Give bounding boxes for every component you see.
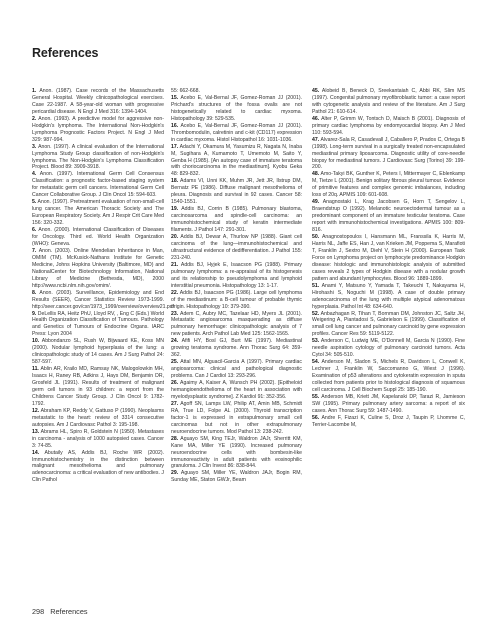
reference-number: 3. bbox=[32, 144, 36, 150]
reference-number: 17. bbox=[171, 144, 178, 150]
reference-entry: 7. Anon. (2003). Online Mendelian Inheri… bbox=[32, 248, 164, 290]
reference-text: Anderson MB, Kriett JM, Kapelanski DP, T… bbox=[312, 394, 465, 414]
reference-text: Anbazhagan R, Tihan T, Bornman DM, Johns… bbox=[312, 311, 465, 338]
reference-number: 16. bbox=[171, 123, 178, 129]
reference-text: Agoff SN, Lamps LW, Philip AT, Amin MB, … bbox=[171, 401, 302, 435]
reference-text: Aguayo SM, Miller YE, Waldron JAJr, Bogi… bbox=[171, 470, 302, 483]
reference-text: DeLellis RA, Heitz PhU, Lloyd RV, , Eng … bbox=[32, 311, 164, 338]
reference-text: Anami Y, Matsuno Y, Yamada T, Takeuchi T… bbox=[312, 283, 465, 310]
reference-text: Anon. (2000). International Classificati… bbox=[32, 227, 164, 247]
reference-text: Adams VI, Unni KK, Muhm JR, Jett JR, Ils… bbox=[171, 178, 302, 205]
reference-number: 55. bbox=[312, 394, 319, 400]
reference-number: 10. bbox=[32, 338, 39, 344]
reference-text: Anon. (2003). Online Mendelian Inheritan… bbox=[32, 248, 164, 289]
reference-text: Agaimy A, Kaiser A, Wunsch PH (2002). [E… bbox=[171, 380, 302, 400]
reference-entry: 10. Abbondanzo SL, Rush W, Bijwaard KE, … bbox=[32, 338, 164, 366]
reference-text: Acebo E, Val-Bernal JF, Gomez-Roman JJ (… bbox=[171, 123, 302, 143]
reference-text: Afifi HY, Bosl GJ, Burt ME (1997). Media… bbox=[171, 338, 302, 358]
reference-text: Anderson M, Sladon S, Michels R, Davidso… bbox=[312, 359, 465, 393]
reference-text: 55: 662-668. bbox=[171, 88, 200, 94]
reference-entry: 9. DeLellis RA, Heitz PhU, Lloyd RV, , E… bbox=[32, 311, 164, 339]
reference-entry: 45. Alobeid B, Beneck D, Sreekantaiah C,… bbox=[312, 88, 465, 116]
reference-number: 52. bbox=[312, 311, 319, 317]
reference-text: Adachi Y, Okamura M, Yasumizu R, Nagata … bbox=[171, 144, 302, 178]
reference-text: Adem C, Aubry MC, Tazelaar HD, Myers JL … bbox=[171, 311, 302, 338]
reference-number: 46. bbox=[312, 116, 319, 122]
reference-number: 12. bbox=[32, 408, 39, 414]
reference-entry: 55: 662-668. bbox=[171, 88, 302, 95]
reference-number: 53. bbox=[312, 338, 319, 344]
reference-entry: 13. Abrams HL, Spiro R, Goldstein N (195… bbox=[32, 429, 164, 450]
reference-number: 22. bbox=[171, 290, 178, 296]
reference-text: Anon. (2003). Surveillance, Epidemiology… bbox=[32, 290, 174, 310]
reference-number: 49. bbox=[312, 199, 319, 205]
reference-entry: 23. Adem C, Aubry MC, Tazelaar HD, Myers… bbox=[171, 311, 302, 339]
reference-entry: 50. Anagnostopoulos I, Hansmann ML, Fran… bbox=[312, 234, 465, 283]
reference-entry: 19. Addis BJ, Corrin B (1985). Pulmonary… bbox=[171, 206, 302, 234]
reference-text: Abbondanzo SL, Rush W, Bijwaard KE, Koss… bbox=[32, 338, 164, 365]
reference-entry: 20. Addis BJ, Dewar A, Thurlow NP (1988)… bbox=[171, 234, 302, 262]
reference-entry: 22. Addis BJ, Isaacson PG (1986). Large … bbox=[171, 290, 302, 311]
reference-entry: 2. Anon. (1993). A predictive model for … bbox=[32, 116, 164, 144]
reference-text: Alobeid B, Beneck D, Sreekantaiah C, Abb… bbox=[312, 88, 465, 115]
reference-entry: 56. Andre F, Fizazi K, Culine S, Droz J,… bbox=[312, 415, 465, 429]
reference-entry: 21. Addis BJ, Hyjek E, Isaacson PG (1988… bbox=[171, 262, 302, 290]
reference-number: 5. bbox=[32, 199, 36, 205]
reference-text: Anderson C, Ludwig ME, O'Donnell M, Garc… bbox=[312, 338, 465, 358]
reference-number: 20. bbox=[171, 234, 178, 240]
reference-text: Addis BJ, Dewar A, Thurlow NP (1988). Gi… bbox=[171, 234, 302, 261]
reference-entry: 46. Alter P, Grimm W, Tontsch D, Maisch … bbox=[312, 116, 465, 137]
reference-number: 26. bbox=[171, 380, 178, 386]
reference-text: Anon. (1997). A clinical evaluation of t… bbox=[32, 144, 164, 171]
reference-number: 2. bbox=[32, 116, 36, 122]
reference-entry: 26. Agaimy A, Kaiser A, Wunsch PH (2002)… bbox=[171, 380, 302, 401]
reference-text: Alter P, Grimm W, Tontsch D, Maisch B (2… bbox=[312, 116, 465, 136]
reference-entry: 25. Attal MN, Alguacil-Garcia A (1997). … bbox=[171, 359, 302, 380]
reference-number: 54. bbox=[312, 359, 319, 365]
reference-entry: 55. Anderson MB, Kriett JM, Kapelanski D… bbox=[312, 394, 465, 415]
reference-number: 11. bbox=[32, 366, 39, 372]
reference-entry: 24. Afifi HY, Bosl GJ, Burt ME (1997). M… bbox=[171, 338, 302, 359]
reference-number: 23. bbox=[171, 311, 178, 317]
reference-entry: 18. Adams VI, Unni KK, Muhm JR, Jett JR,… bbox=[171, 178, 302, 206]
reference-text: Abutaily AS, Addis BJ, Roche WR (2002). … bbox=[32, 450, 164, 484]
reference-column-middle: 55: 662-668.15. Acebo E, Val-Bernal JF, … bbox=[171, 88, 302, 484]
reference-text: Anon. (1997). International Germ Cell Co… bbox=[32, 171, 164, 198]
footer-section-title: References bbox=[50, 607, 87, 616]
reference-text: Aguayo SM, King TEJr, Waldron JAJr, Sher… bbox=[171, 436, 302, 470]
reference-text: Alvarez-Sala R, Casadevall J, Caballero … bbox=[312, 137, 465, 171]
reference-entry: 27. Agoff SN, Lamps LW, Philip AT, Amin … bbox=[171, 401, 302, 436]
reference-entry: 8. Anon. (2003). Surveillance, Epidemiol… bbox=[32, 290, 164, 311]
page-footer: 298 References bbox=[32, 607, 88, 616]
reference-text: Andre F, Fizazi K, Culine S, Droz J, Tau… bbox=[312, 415, 465, 428]
reference-number: 24. bbox=[171, 338, 178, 344]
reference-number: 18. bbox=[171, 178, 178, 184]
reference-text: Amo-Takyi BK, Gunther K, Peters I, Mitte… bbox=[312, 171, 465, 198]
reference-text: Anon. (1993). A predictive model for agg… bbox=[32, 116, 164, 143]
reference-number: 7. bbox=[32, 248, 36, 254]
reference-number: 4. bbox=[32, 171, 36, 177]
reference-text: Anon. (1987). Case records of the Massac… bbox=[32, 88, 164, 115]
reference-number: 9. bbox=[32, 311, 36, 317]
reference-number: 13. bbox=[32, 429, 39, 435]
reference-number: 28. bbox=[171, 436, 178, 442]
reference-entry: 29. Aguayo SM, Miller YE, Waldron JAJr, … bbox=[171, 470, 302, 484]
reference-number: 8. bbox=[32, 290, 36, 296]
page-number: 298 bbox=[32, 607, 44, 616]
reference-number: 25. bbox=[171, 359, 178, 365]
reference-entry: 53. Anderson C, Ludwig ME, O'Donnell M, … bbox=[312, 338, 465, 359]
reference-entry: 48. Amo-Takyi BK, Gunther K, Peters I, M… bbox=[312, 171, 465, 199]
reference-text: Anon. (1997). Pretreatment evaluation of… bbox=[32, 199, 164, 226]
reference-number: 19. bbox=[171, 206, 178, 212]
reference-text: Attal MN, Alguacil-Garcia A (1997). Prim… bbox=[171, 359, 302, 379]
reference-number: 48. bbox=[312, 171, 319, 177]
reference-text: Anagnostaki L, Krag Jacobsen G, Horn T, … bbox=[312, 199, 465, 233]
reference-number: 29. bbox=[171, 470, 178, 476]
reference-entry: 28. Aguayo SM, King TEJr, Waldron JAJr, … bbox=[171, 436, 302, 471]
reference-entry: 49. Anagnostaki L, Krag Jacobsen G, Horn… bbox=[312, 199, 465, 234]
reference-entry: 52. Anbazhagan R, Tihan T, Bornman DM, J… bbox=[312, 311, 465, 339]
reference-number: 47. bbox=[312, 137, 319, 143]
reference-entry: 4. Anon. (1997). International Germ Cell… bbox=[32, 171, 164, 199]
reference-text: Addis BJ, Hyjek E, Isaacson PG (1988). P… bbox=[171, 262, 302, 289]
reference-text: Abraham KP, Reddy V, Gattuso P (1990). N… bbox=[32, 408, 164, 428]
reference-entry: 15. Acebo E, Val-Bernal JF, Gomez-Roman … bbox=[171, 95, 302, 123]
reference-entry: 6. Anon. (2000). International Classific… bbox=[32, 227, 164, 248]
reference-text: Abrams HL, Spiro R, Goldstein N (1950). … bbox=[32, 429, 164, 449]
reference-number: 51. bbox=[312, 283, 319, 289]
reference-entry: 12. Abraham KP, Reddy V, Gattuso P (1990… bbox=[32, 408, 164, 429]
reference-column-left: 1. Anon. (1987). Case records of the Mas… bbox=[32, 88, 164, 484]
reference-number: 6. bbox=[32, 227, 36, 233]
page-title: References bbox=[32, 46, 98, 60]
reference-number: 15. bbox=[171, 95, 178, 101]
reference-text: Addis BJ, Corrin B (1985). Pulmonary bla… bbox=[171, 206, 302, 233]
reference-number: 50. bbox=[312, 234, 319, 240]
reference-entry: 51. Anami Y, Matsuno Y, Yamada T, Takeuc… bbox=[312, 283, 465, 311]
reference-entry: 3. Anon. (1997). A clinical evaluation o… bbox=[32, 144, 164, 172]
reference-number: 45. bbox=[312, 88, 319, 94]
reference-text: Acebo E, Val-Bernal JF, Gomez-Roman JJ (… bbox=[171, 95, 302, 122]
reference-number: 1. bbox=[32, 88, 36, 94]
reference-entry: 14. Abutaily AS, Addis BJ, Roche WR (200… bbox=[32, 450, 164, 485]
reference-column-right: 45. Alobeid B, Beneck D, Sreekantaiah C,… bbox=[312, 88, 465, 429]
reference-number: 56. bbox=[312, 415, 319, 421]
reference-entry: 54. Anderson M, Sladon S, Michels R, Dav… bbox=[312, 359, 465, 394]
reference-entry: 5. Anon. (1997). Pretreatment evaluation… bbox=[32, 199, 164, 227]
reference-text: Ablin AR, Krailo MD, Ramsay NK, Malogolo… bbox=[32, 366, 164, 407]
reference-entry: 16. Acebo E, Val-Bernal JF, Gomez-Roman … bbox=[171, 123, 302, 144]
reference-text: Anagnostopoulos I, Hansmann ML, Franssil… bbox=[312, 234, 465, 282]
reference-entry: 17. Adachi Y, Okamura M, Yasumizu R, Nag… bbox=[171, 144, 302, 179]
reference-number: 27. bbox=[171, 401, 178, 407]
reference-entry: 1. Anon. (1987). Case records of the Mas… bbox=[32, 88, 164, 116]
reference-number: 21. bbox=[171, 262, 178, 268]
reference-number: 14. bbox=[32, 450, 39, 456]
reference-text: Addis BJ, Isaacson PG (1986). Large cell… bbox=[171, 290, 302, 310]
reference-entry: 47. Alvarez-Sala R, Casadevall J, Caball… bbox=[312, 137, 465, 172]
reference-entry: 11. Ablin AR, Krailo MD, Ramsay NK, Malo… bbox=[32, 366, 164, 408]
